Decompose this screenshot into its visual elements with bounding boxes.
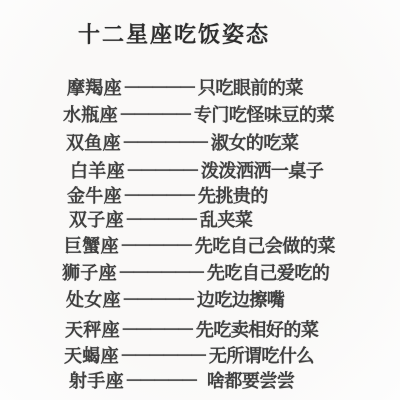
dash-separator: －－－－－: [122, 290, 192, 310]
dash-separator: －－－－－: [126, 161, 196, 181]
dash-separator: －－－－－: [120, 236, 190, 256]
zodiac-sign: 狮子座: [62, 263, 117, 283]
zodiac-description: 淑女的吃菜: [211, 133, 299, 153]
zodiac-sign: 白羊座: [70, 161, 125, 181]
zodiac-description: 无所谓吃什么: [209, 346, 314, 366]
zodiac-description: 先吃卖相好的菜: [196, 320, 319, 340]
zodiac-row-aquarius: 水瓶座－－－－－专门吃怪味豆的菜: [63, 103, 334, 127]
dash-separator: －－－－－－: [120, 346, 204, 366]
dash-separator: －－－－－: [125, 371, 195, 391]
zodiac-sign: 双子座: [69, 210, 124, 230]
zodiac-description: 先挑贵的: [198, 186, 268, 206]
zodiac-sign: 射手座: [69, 371, 124, 391]
zodiac-description: 只吃眼前的菜: [198, 78, 303, 98]
zodiac-row-scorpio: 天蝎座－－－－－－无所谓吃什么: [64, 344, 314, 368]
zodiac-sign: 处女座: [66, 290, 121, 310]
zodiac-row-gemini: 双子座－－－－－乱夹菜: [69, 208, 252, 232]
zodiac-row-sagittarius: 射手座－－－－－啥都要尝尝: [69, 369, 294, 393]
zodiac-description: 泼泼洒洒一桌子: [201, 161, 324, 181]
dash-separator: －－－－－: [125, 210, 195, 230]
zodiac-row-capricorn: 摩羯座－－－－－只吃眼前的菜: [67, 76, 303, 100]
zodiac-row-virgo: 处女座－－－－－边吃边擦嘴: [66, 288, 284, 312]
zodiac-description: 啥都要尝尝: [207, 371, 295, 391]
zodiac-description: 专门吃怪味豆的菜: [194, 105, 334, 125]
zodiac-sign: 水瓶座: [63, 105, 118, 125]
dash-separator: －－－－－: [123, 186, 193, 206]
zodiac-sign: 摩羯座: [67, 78, 122, 98]
zodiac-sign: 巨蟹座: [64, 236, 119, 256]
zodiac-description: 先吃自己爱吃的: [207, 263, 330, 283]
dash-separator: －－－－－－: [122, 133, 206, 153]
zodiac-row-aries: 白羊座－－－－－泼泼洒洒一桌子: [70, 159, 323, 183]
zodiac-sign: 金牛座: [67, 186, 122, 206]
zodiac-description: 先吃自己会做的菜: [195, 236, 335, 256]
zodiac-row-cancer: 巨蟹座－－－－－先吃自己会做的菜: [64, 234, 335, 258]
zodiac-row-leo: 狮子座－－－－－－先吃自己爱吃的: [62, 261, 329, 285]
zodiac-sign: 天蝎座: [64, 346, 119, 366]
zodiac-description: 边吃边擦嘴: [197, 290, 285, 310]
zodiac-sign: 双鱼座: [66, 133, 121, 153]
zodiac-row-taurus: 金牛座－－－－－先挑贵的: [67, 184, 268, 208]
zodiac-row-pisces: 双鱼座－－－－－－淑女的吃菜: [66, 131, 298, 155]
dash-separator: －－－－－: [123, 78, 193, 98]
dash-separator: －－－－－: [121, 320, 191, 340]
zodiac-description: 乱夹菜: [200, 210, 253, 230]
zodiac-row-libra: 天秤座－－－－－先吃卖相好的菜: [65, 318, 318, 342]
zodiac-sign: 天秤座: [65, 320, 120, 340]
dash-separator: －－－－－: [119, 105, 189, 125]
dash-separator: －－－－－－: [118, 263, 202, 283]
page-title: 十二星座吃饭姿态: [78, 20, 270, 50]
